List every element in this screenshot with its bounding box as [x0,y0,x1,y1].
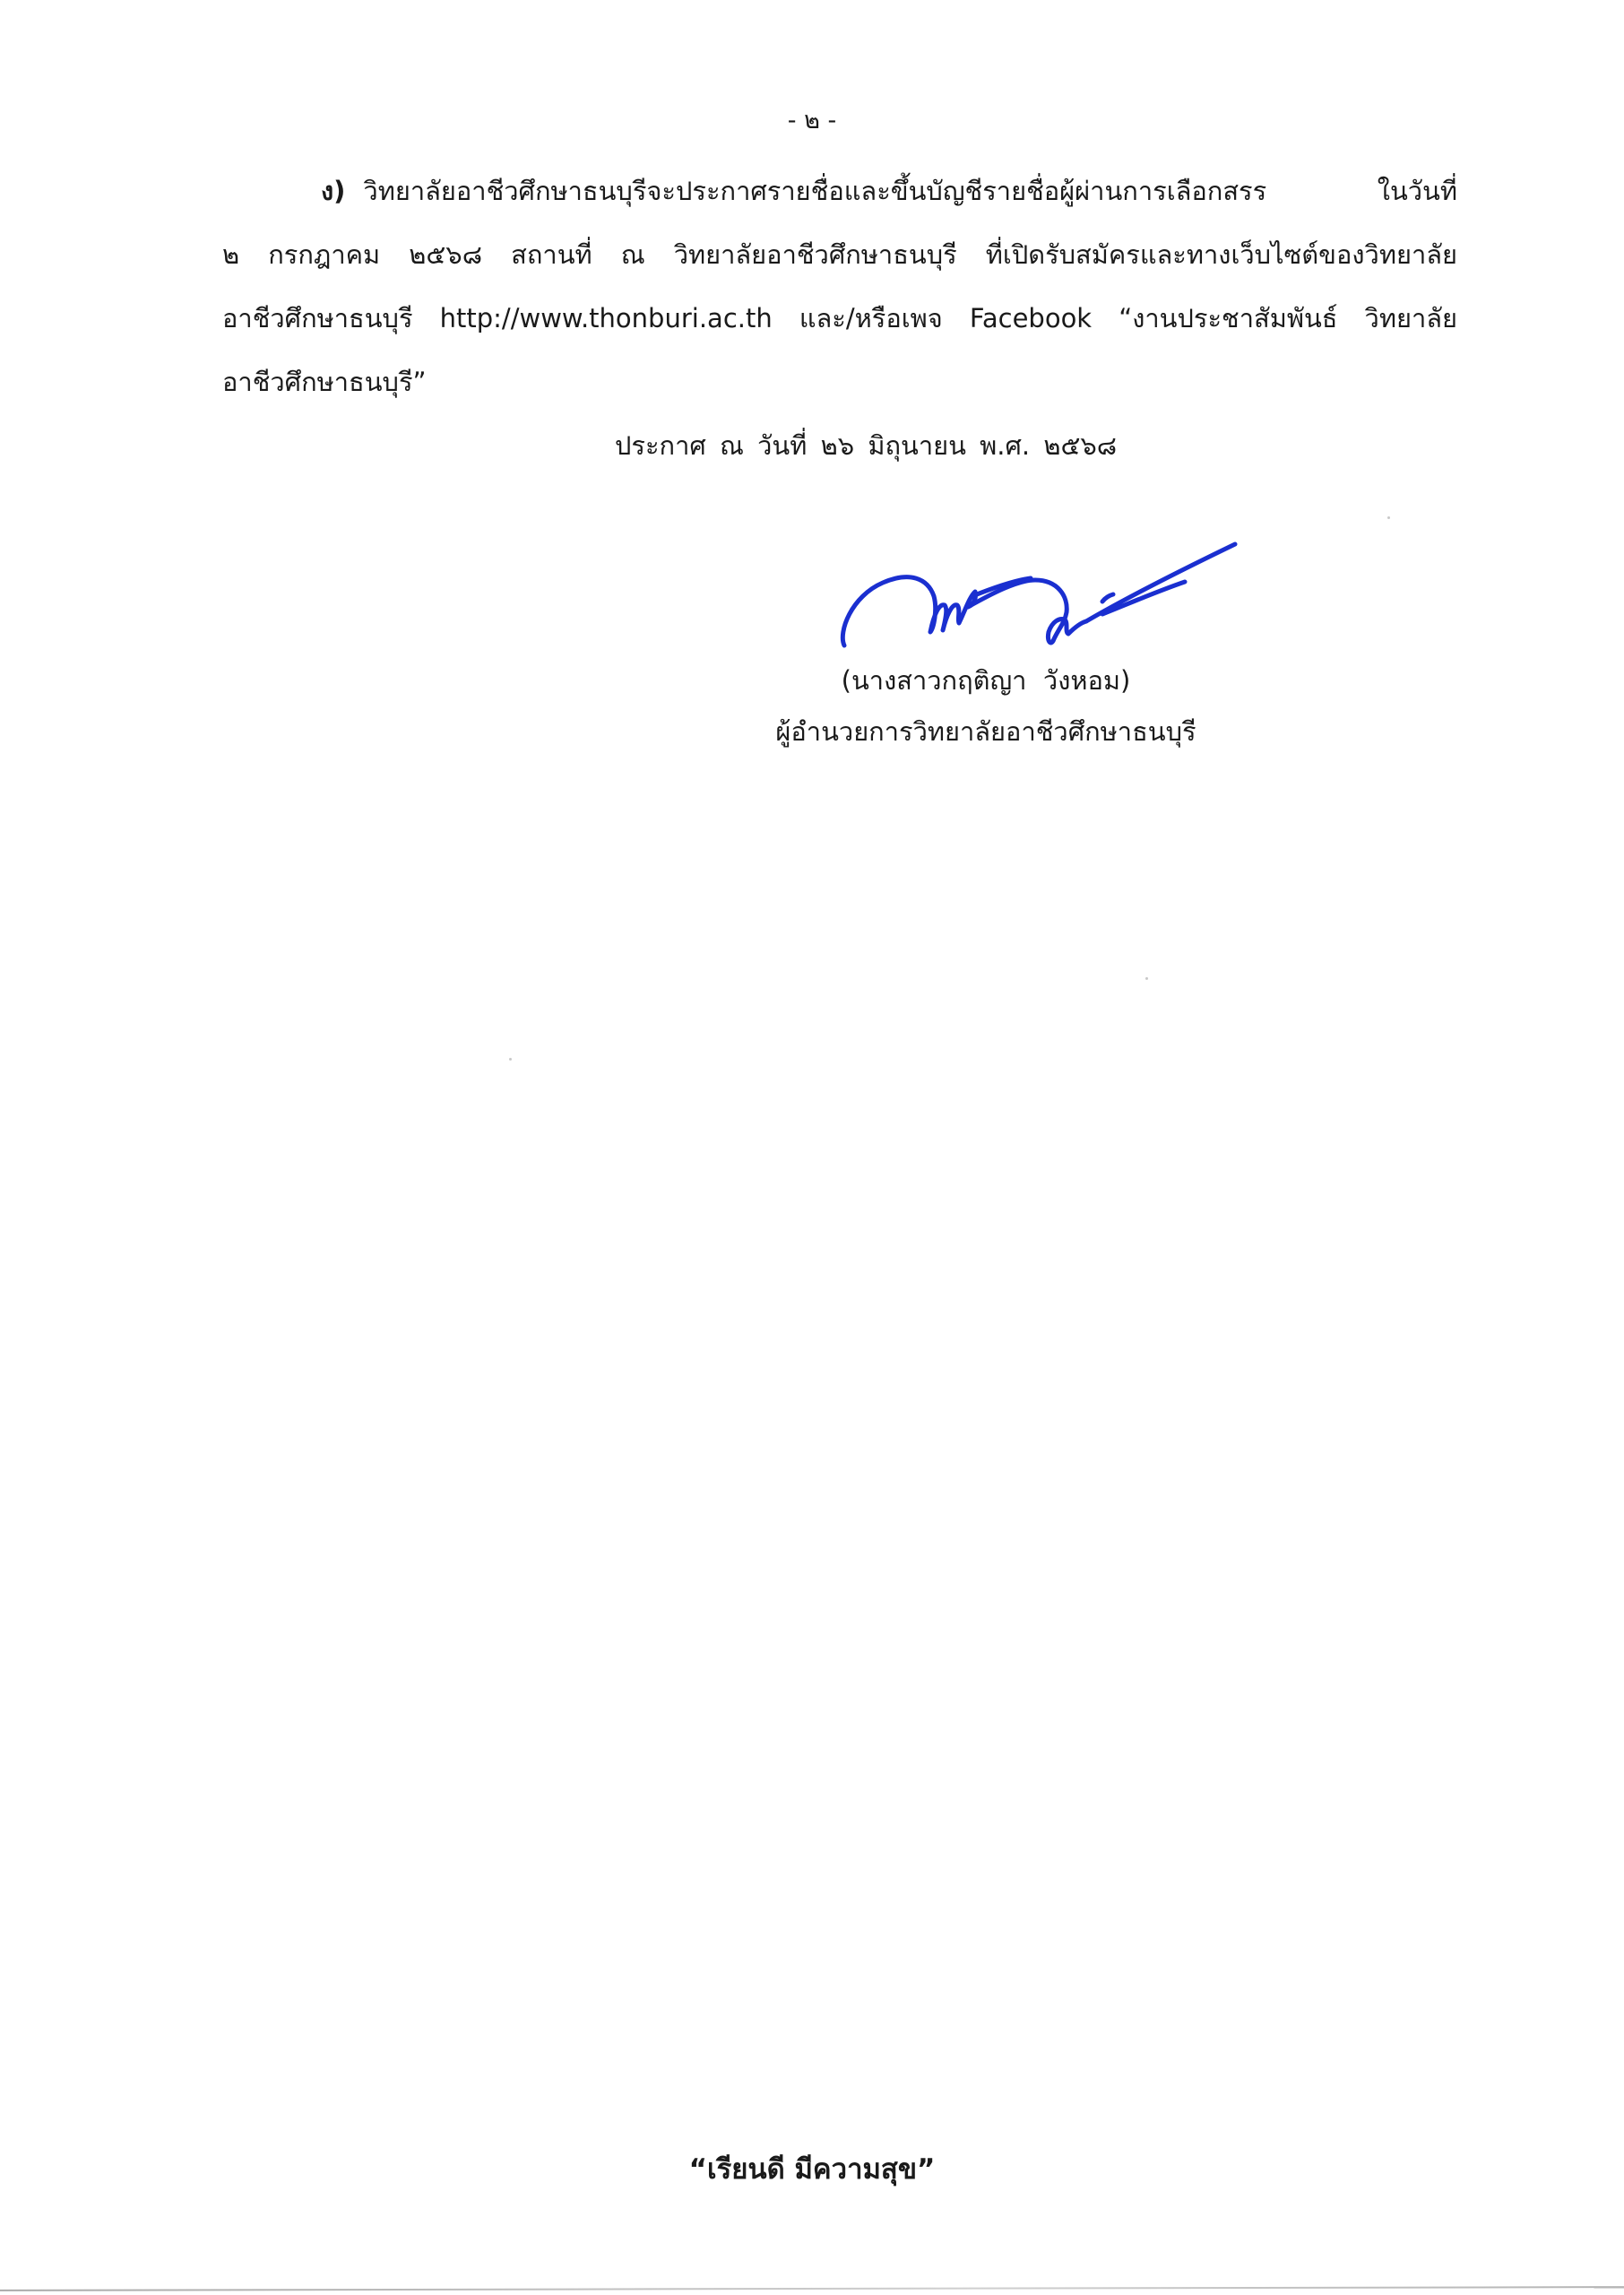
scan-speck [509,1058,512,1061]
signature [834,507,1246,659]
paragraph-line-4: อาชีวศึกษาธนบุรี” [222,351,1457,414]
paragraph-line-3: อาชีวศึกษาธนบุรี http://www.thonburi.ac.… [222,287,1457,351]
signer-name: (นางสาวกฤติญา วังหอม) [0,660,1624,701]
scan-speck [1145,977,1148,980]
paragraph-line-2: ๒ กรกฎาคม ๒๕๖๘ สถานที่ ณ วิทยาลัยอาชีวศึ… [222,223,1457,287]
page-number: - ๒ - [0,100,1624,139]
motto: “เรียนดี มีความสุข” [0,2146,1624,2191]
handwritten-signature-icon [834,507,1246,659]
scan-speck [1387,516,1390,519]
announcement-date: ประกาศ ณ วันที่ ๒๖ มิถุนายน พ.ศ. ๒๕๖๘ [615,425,1117,466]
signer-title: ผู้อำนวยการวิทยาลัยอาชีวศึกษาธนบุรี [0,711,1624,752]
item-label: ง) [321,176,345,206]
paragraph-line-1: ง)วิทยาลัยอาชีวศึกษาธนบุรีจะประกาศรายชื่… [222,160,1457,223]
scan-bottom-edge [0,2286,1624,2291]
item-paragraph: ง)วิทยาลัยอาชีวศึกษาธนบุรีจะประกาศรายชื่… [222,160,1457,414]
